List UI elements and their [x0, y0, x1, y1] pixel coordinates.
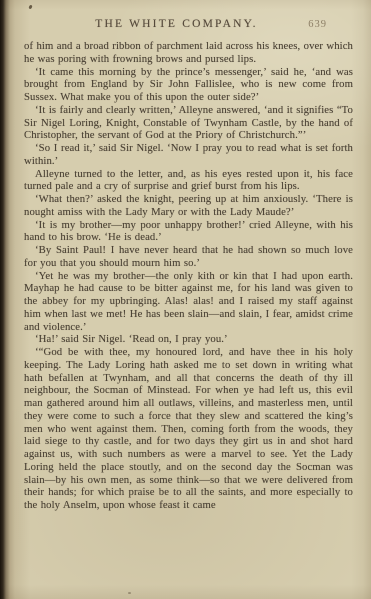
paper-speck: [28, 5, 32, 10]
running-header-title: THE WHITE COMPANY.: [30, 18, 323, 30]
body-paragraph: ‘Yet he was my brother—the only kith or …: [24, 270, 353, 334]
body-paragraph: ‘So I read it,’ said Sir Nigel. ‘Now I p…: [24, 142, 353, 168]
body-paragraph: Alleyne turned to the letter, and, as hi…: [24, 168, 353, 194]
body-paragraph: ‘It came this morning by the prince’s me…: [24, 66, 353, 104]
book-page: THE WHITE COMPANY. 639 of him and a broa…: [0, 0, 371, 599]
body-paragraph: ‘By Saint Paul! I have never heard that …: [24, 244, 353, 270]
body-paragraph: ‘Ha!’ said Sir Nigel. ‘Read on, I pray y…: [24, 333, 353, 346]
paper-speck: [128, 592, 131, 594]
page-body: of him and a broad ribbon of parchment l…: [24, 40, 353, 512]
body-paragraph: ‘It is fairly and clearly written,’ Alle…: [24, 104, 353, 142]
running-header: THE WHITE COMPANY. 639: [30, 18, 353, 34]
body-paragraph: of him and a broad ribbon of parchment l…: [24, 40, 353, 66]
body-paragraph: ‘It is my brother—my poor unhappy brothe…: [24, 219, 353, 245]
body-paragraph: ‘“God be with thee, my honoured lord, an…: [24, 346, 353, 512]
page-number: 639: [308, 19, 327, 30]
body-paragraph: ‘What then?’ asked the knight, peering u…: [24, 193, 353, 219]
